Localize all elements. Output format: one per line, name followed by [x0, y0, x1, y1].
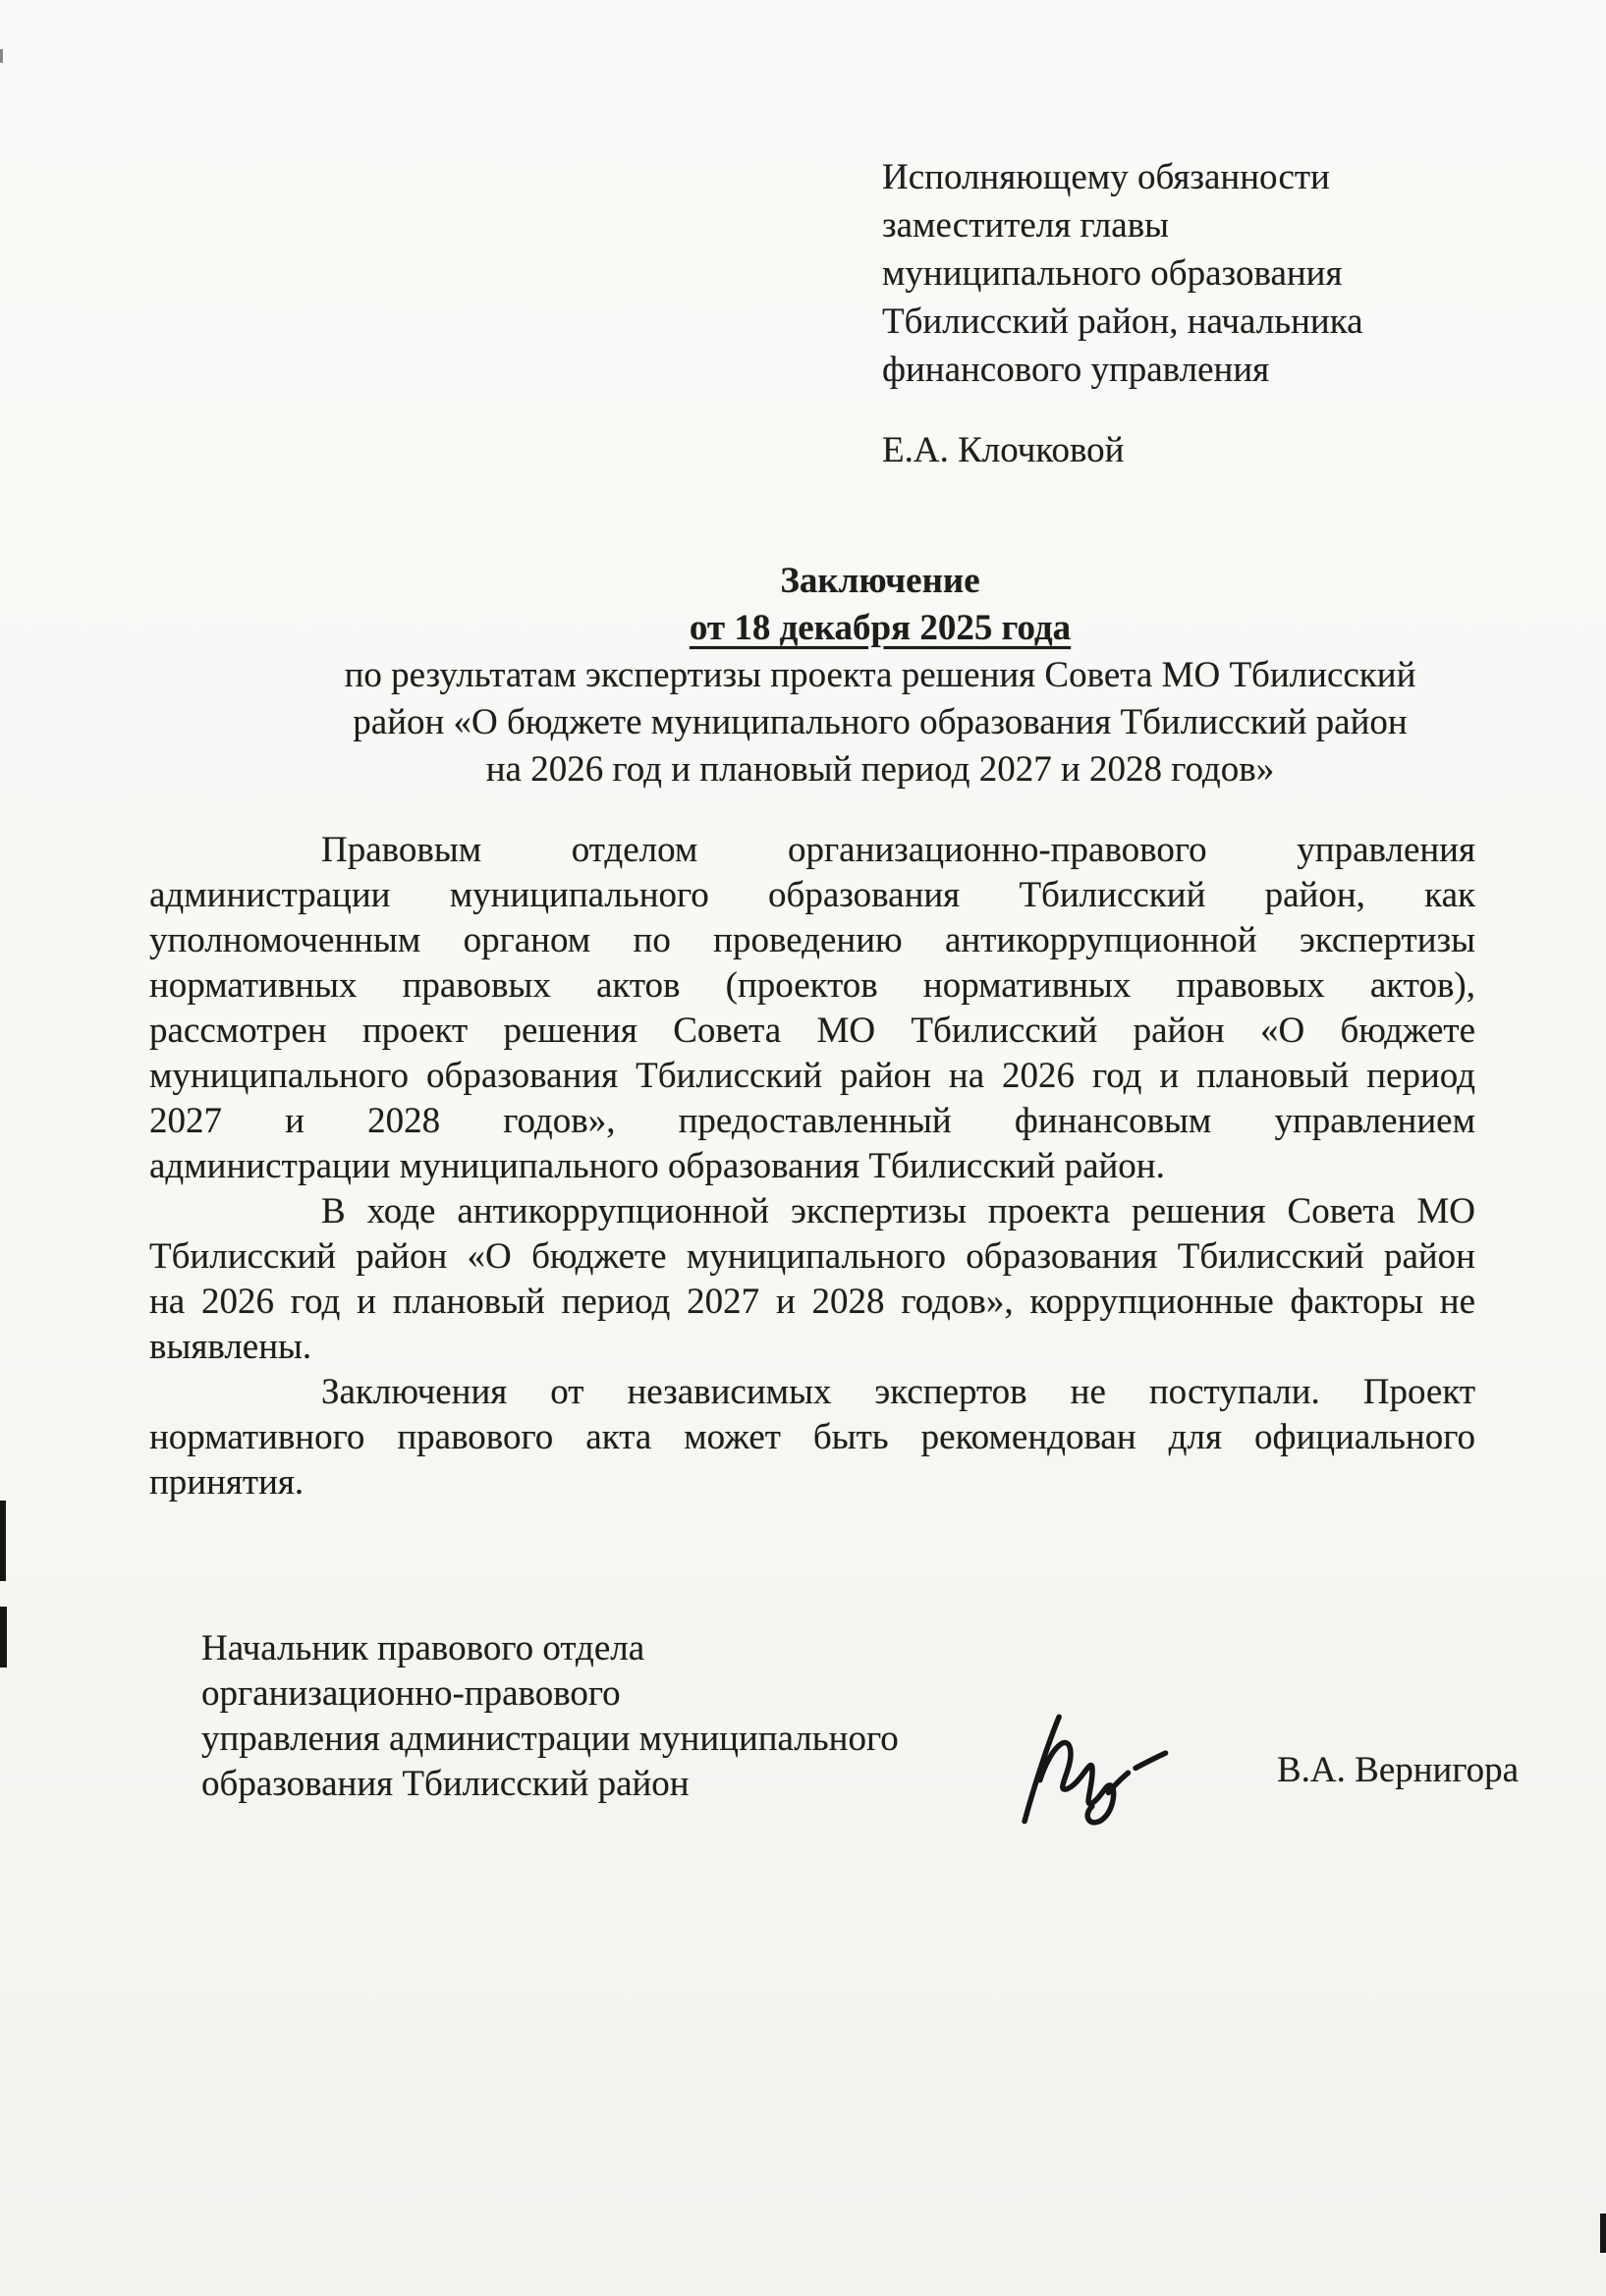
signer-position-line: организационно-правового	[201, 1671, 968, 1717]
body-line: рассмотрен проект решения Совета МО Тбил…	[149, 1009, 1475, 1054]
body-line: нормативного правового акта может быть р…	[149, 1415, 1475, 1460]
recipient-block: Исполняющему обязанностизаместителя глав…	[882, 153, 1491, 394]
signer-position-line: образования Тбилисский район	[201, 1762, 968, 1807]
recipient-line: Тбилисский район, начальника	[882, 298, 1491, 346]
signer-position-line: управления администрации муниципального	[201, 1717, 968, 1762]
recipient-line: финансового управления	[882, 346, 1491, 394]
body-line: Правовым отделом организационно-правовог…	[149, 828, 1475, 873]
title-subtitle-line: на 2026 год и плановый период 2027 и 202…	[246, 746, 1515, 793]
body-line: Заключения от независимых экспертов не п…	[149, 1370, 1475, 1415]
signer-position-block: Начальник правового отделаорганизационно…	[201, 1626, 968, 1807]
body-line: принятия.	[149, 1460, 1475, 1505]
body-line: на 2026 год и плановый период 2027 и 202…	[149, 1280, 1475, 1325]
title-subtitle-line: район «О бюджете муниципального образова…	[246, 699, 1515, 746]
signer-position-line: Начальник правового отдела	[201, 1626, 968, 1671]
document-body: Правовым отделом организационно-правовог…	[149, 828, 1475, 1505]
paragraph-2: В ходе антикоррупционной экспертизы прое…	[149, 1189, 1475, 1370]
recipient-line: муниципального образования	[882, 249, 1491, 298]
document-title: Заключение	[246, 558, 1515, 605]
body-line: выявлены.	[149, 1325, 1475, 1370]
recipient-line: Исполняющему обязанности	[882, 153, 1491, 201]
scan-artifact-left-upper	[0, 1501, 6, 1581]
body-line: нормативных правовых актов (проектов нор…	[149, 963, 1475, 1009]
body-line: администрации муниципального образования…	[149, 1144, 1475, 1189]
paragraph-1: Правовым отделом организационно-правовог…	[149, 828, 1475, 1189]
body-line: муниципального образования Тбилисский ра…	[149, 1054, 1475, 1099]
handwritten-signature-icon	[1004, 1703, 1200, 1836]
recipient-line: заместителя главы	[882, 201, 1491, 249]
title-block: Заключение от 18 декабря 2025 года по ре…	[246, 558, 1515, 793]
body-line: 2027 и 2028 годов», предоставленный фина…	[149, 1099, 1475, 1144]
scanned-document-page: { "recipient": { "lines": [ "Исполняющем…	[0, 0, 1606, 2296]
scan-artifact-left-tick	[0, 49, 3, 63]
scan-artifact-left-lower	[0, 1607, 7, 1667]
signer-name: В.А. Вернигора	[1277, 1748, 1591, 1793]
body-line: администрации муниципального образования…	[149, 873, 1475, 918]
body-line: Тбилисский район «О бюджете муниципально…	[149, 1234, 1475, 1280]
paragraph-3: Заключения от независимых экспертов не п…	[149, 1370, 1475, 1505]
body-line: В ходе антикоррупционной экспертизы прое…	[149, 1189, 1475, 1234]
recipient-name: Е.А. Клочковой	[882, 426, 1491, 474]
body-line: уполномоченным органом по проведению ант…	[149, 918, 1475, 963]
document-date: от 18 декабря 2025 года	[246, 605, 1515, 652]
title-subtitle-line: по результатам экспертизы проекта решени…	[246, 652, 1515, 699]
scan-artifact-right-edge	[1600, 2214, 1606, 2253]
title-subtitle: по результатам экспертизы проекта решени…	[246, 652, 1515, 793]
